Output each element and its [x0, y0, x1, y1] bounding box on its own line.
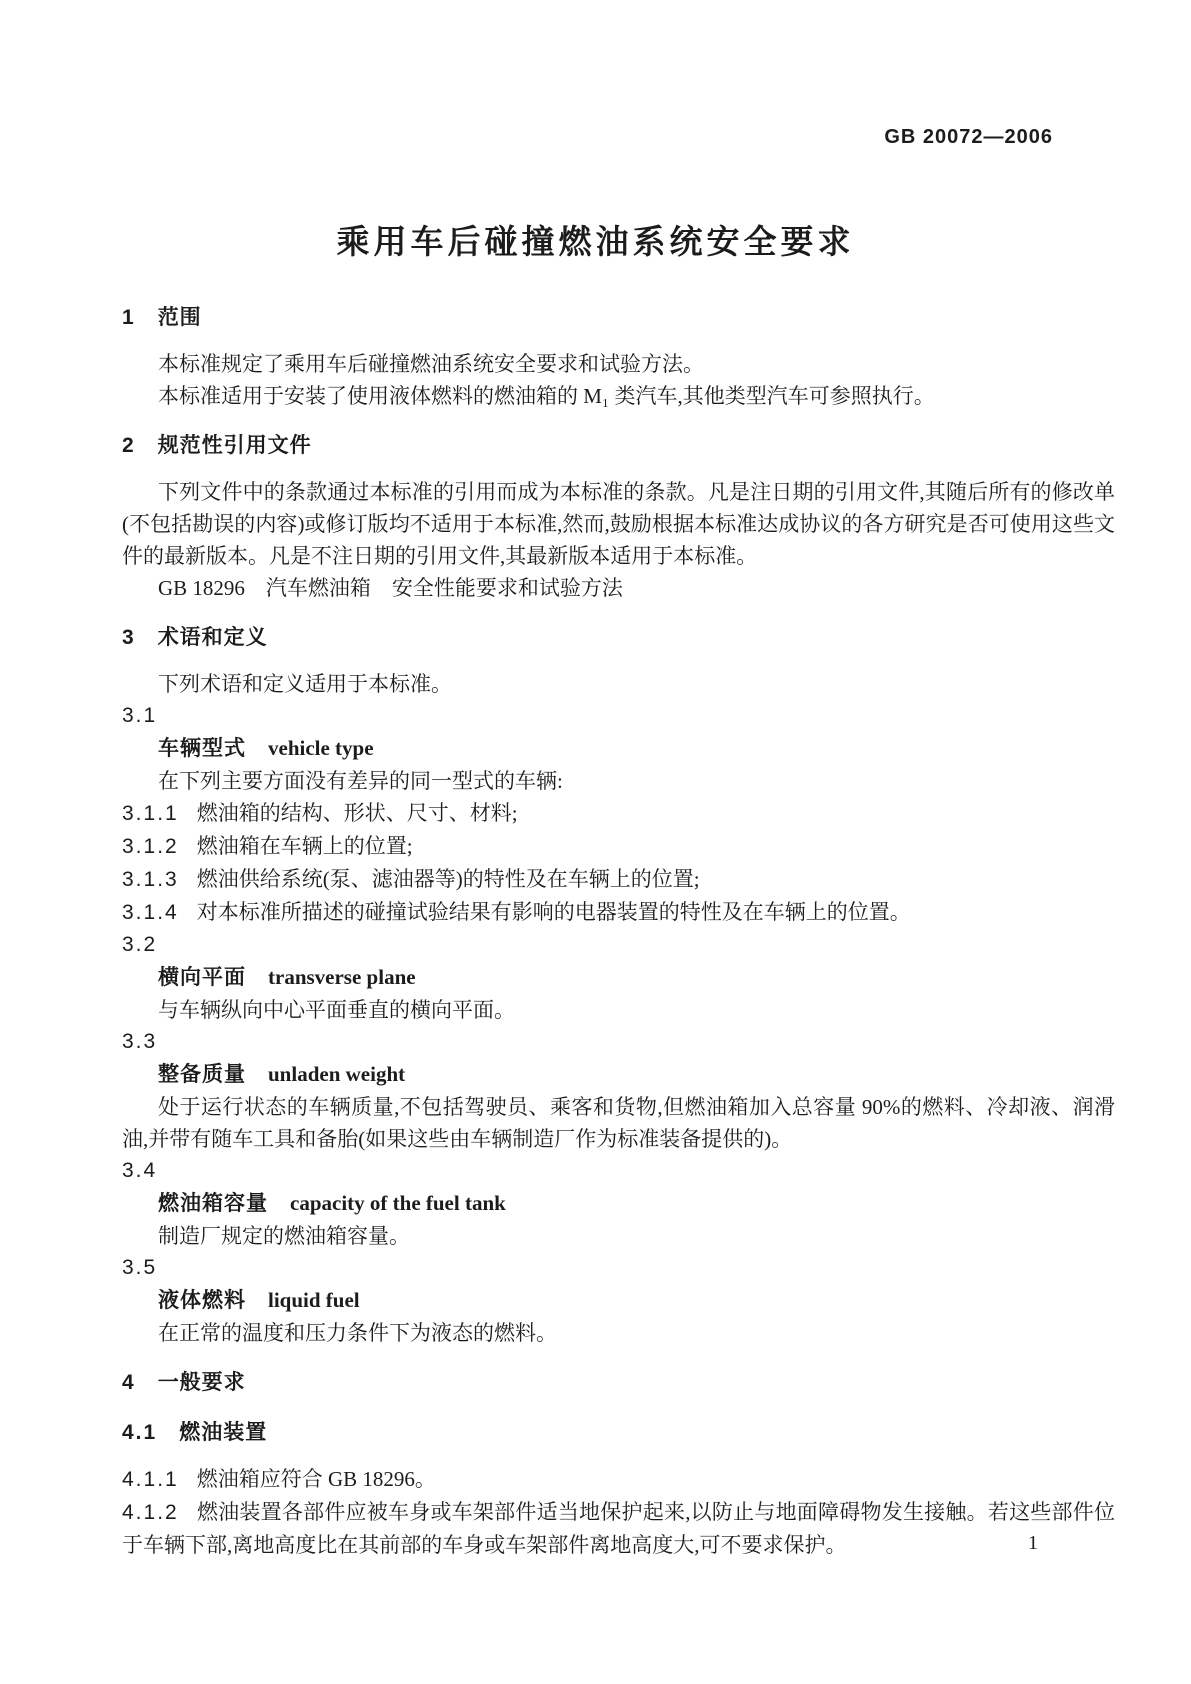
term-number: 3.2: [122, 929, 1115, 961]
clause-title: 术语和定义: [158, 626, 268, 649]
document-title: 乘用车后碰撞燃油系统安全要求: [99, 224, 1092, 260]
list-item-text: 对本标准所描述的碰撞试验结果有影响的电器装置的特性及在车辆上的位置。: [197, 900, 911, 924]
list-item-number: 3.1.4: [122, 901, 179, 924]
paragraph: 本标准规定了乘用车后碰撞燃油系统安全要求和试验方法。: [122, 348, 1115, 380]
clause-title: 规范性引用文件: [158, 434, 312, 457]
clause-number: 2: [122, 434, 136, 457]
term-heading: 液体燃料liquid fuel: [122, 1284, 1115, 1317]
list-item: 4.1.2燃油装置各部件应被车身或车架部件适当地保护起来,以防止与地面障碍物发生…: [122, 1496, 1115, 1561]
document-page: GB 20072—2006 乘用车后碰撞燃油系统安全要求 1范围 本标准规定了乘…: [0, 0, 1191, 1684]
list-item-text: 燃油箱在车辆上的位置;: [197, 834, 413, 858]
list-item-number: 3.1.2: [122, 835, 179, 858]
paragraph: 本标准适用于安装了使用液体燃料的燃油箱的 M₁ 类汽车,其他类型汽车可参照执行。: [122, 380, 1115, 412]
term-definition: 处于运行状态的车辆质量,不包括驾驶员、乘客和货物,但燃油箱加入总容量 90%的燃…: [122, 1091, 1115, 1155]
normative-reference: GB 18296 汽车燃油箱 安全性能要求和试验方法: [122, 572, 1115, 604]
clause-1-heading: 1范围: [122, 302, 1115, 334]
term-en: transverse plane: [268, 965, 416, 989]
clause-number: 4.1: [122, 1421, 157, 1444]
term-number: 3.1: [122, 700, 1115, 732]
list-item-number: 4.1.1: [122, 1468, 179, 1491]
term-zh: 车辆型式: [158, 737, 246, 760]
term-definition: 在正常的温度和压力条件下为液态的燃料。: [122, 1317, 1115, 1349]
term-zh: 燃油箱容量: [158, 1192, 268, 1215]
term-definition: 在下列主要方面没有差异的同一型式的车辆:: [122, 765, 1115, 797]
list-item: 3.1.4对本标准所描述的碰撞试验结果有影响的电器装置的特性及在车辆上的位置。: [122, 896, 1115, 929]
term-heading: 横向平面transverse plane: [122, 961, 1115, 994]
list-item: 4.1.1燃油箱应符合 GB 18296。: [122, 1463, 1115, 1496]
term-zh: 整备质量: [158, 1063, 246, 1086]
term-definition: 制造厂规定的燃油箱容量。: [122, 1220, 1115, 1252]
list-item: 3.1.3燃油供给系统(泵、滤油器等)的特性及在车辆上的位置;: [122, 863, 1115, 896]
term-heading: 车辆型式vehicle type: [122, 732, 1115, 765]
paragraph: 下列文件中的条款通过本标准的引用而成为本标准的条款。凡是注日期的引用文件,其随后…: [122, 476, 1115, 572]
term-heading: 燃油箱容量capacity of the fuel tank: [122, 1187, 1115, 1220]
term-heading: 整备质量unladen weight: [122, 1058, 1115, 1091]
term-en: liquid fuel: [268, 1288, 360, 1312]
term-definition: 与车辆纵向中心平面垂直的横向平面。: [122, 994, 1115, 1026]
list-item: 3.1.2燃油箱在车辆上的位置;: [122, 830, 1115, 863]
term-zh: 液体燃料: [158, 1289, 246, 1312]
clause-title: 一般要求: [158, 1371, 246, 1394]
clause-title: 范围: [158, 306, 202, 329]
list-item-number: 3.1.3: [122, 868, 179, 891]
clause-number: 1: [122, 306, 136, 329]
clause-number: 3: [122, 626, 136, 649]
list-item-text: 燃油箱的结构、形状、尺寸、材料;: [197, 801, 518, 825]
term-en: vehicle type: [268, 736, 374, 760]
list-item-text: 燃油箱应符合 GB 18296。: [197, 1467, 436, 1491]
list-item-number: 3.1.1: [122, 802, 179, 825]
clause-3-heading: 3术语和定义: [122, 622, 1115, 654]
list-item-text: 燃油装置各部件应被车身或车架部件适当地保护起来,以防止与地面障碍物发生接触。若这…: [122, 1500, 1115, 1557]
list-item: 3.1.1燃油箱的结构、形状、尺寸、材料;: [122, 797, 1115, 830]
paragraph: 下列术语和定义适用于本标准。: [122, 668, 1115, 700]
term-en: capacity of the fuel tank: [290, 1191, 506, 1215]
list-item-text: 燃油供给系统(泵、滤油器等)的特性及在车辆上的位置;: [197, 867, 700, 891]
clause-4-heading: 4一般要求: [122, 1367, 1115, 1399]
clause-number: 4: [122, 1371, 136, 1394]
page-number: 1: [1028, 1532, 1038, 1555]
standard-code: GB 20072—2006: [122, 126, 1115, 148]
subclause-4-1-heading: 4.1燃油装置: [122, 1417, 1115, 1449]
clause-2-heading: 2规范性引用文件: [122, 430, 1115, 462]
list-item-number: 4.1.2: [122, 1501, 179, 1524]
term-en: unladen weight: [268, 1062, 405, 1086]
term-number: 3.4: [122, 1155, 1115, 1187]
term-number: 3.5: [122, 1252, 1115, 1284]
term-zh: 横向平面: [158, 966, 246, 989]
clause-title: 燃油装置: [179, 1421, 267, 1444]
term-number: 3.3: [122, 1026, 1115, 1058]
